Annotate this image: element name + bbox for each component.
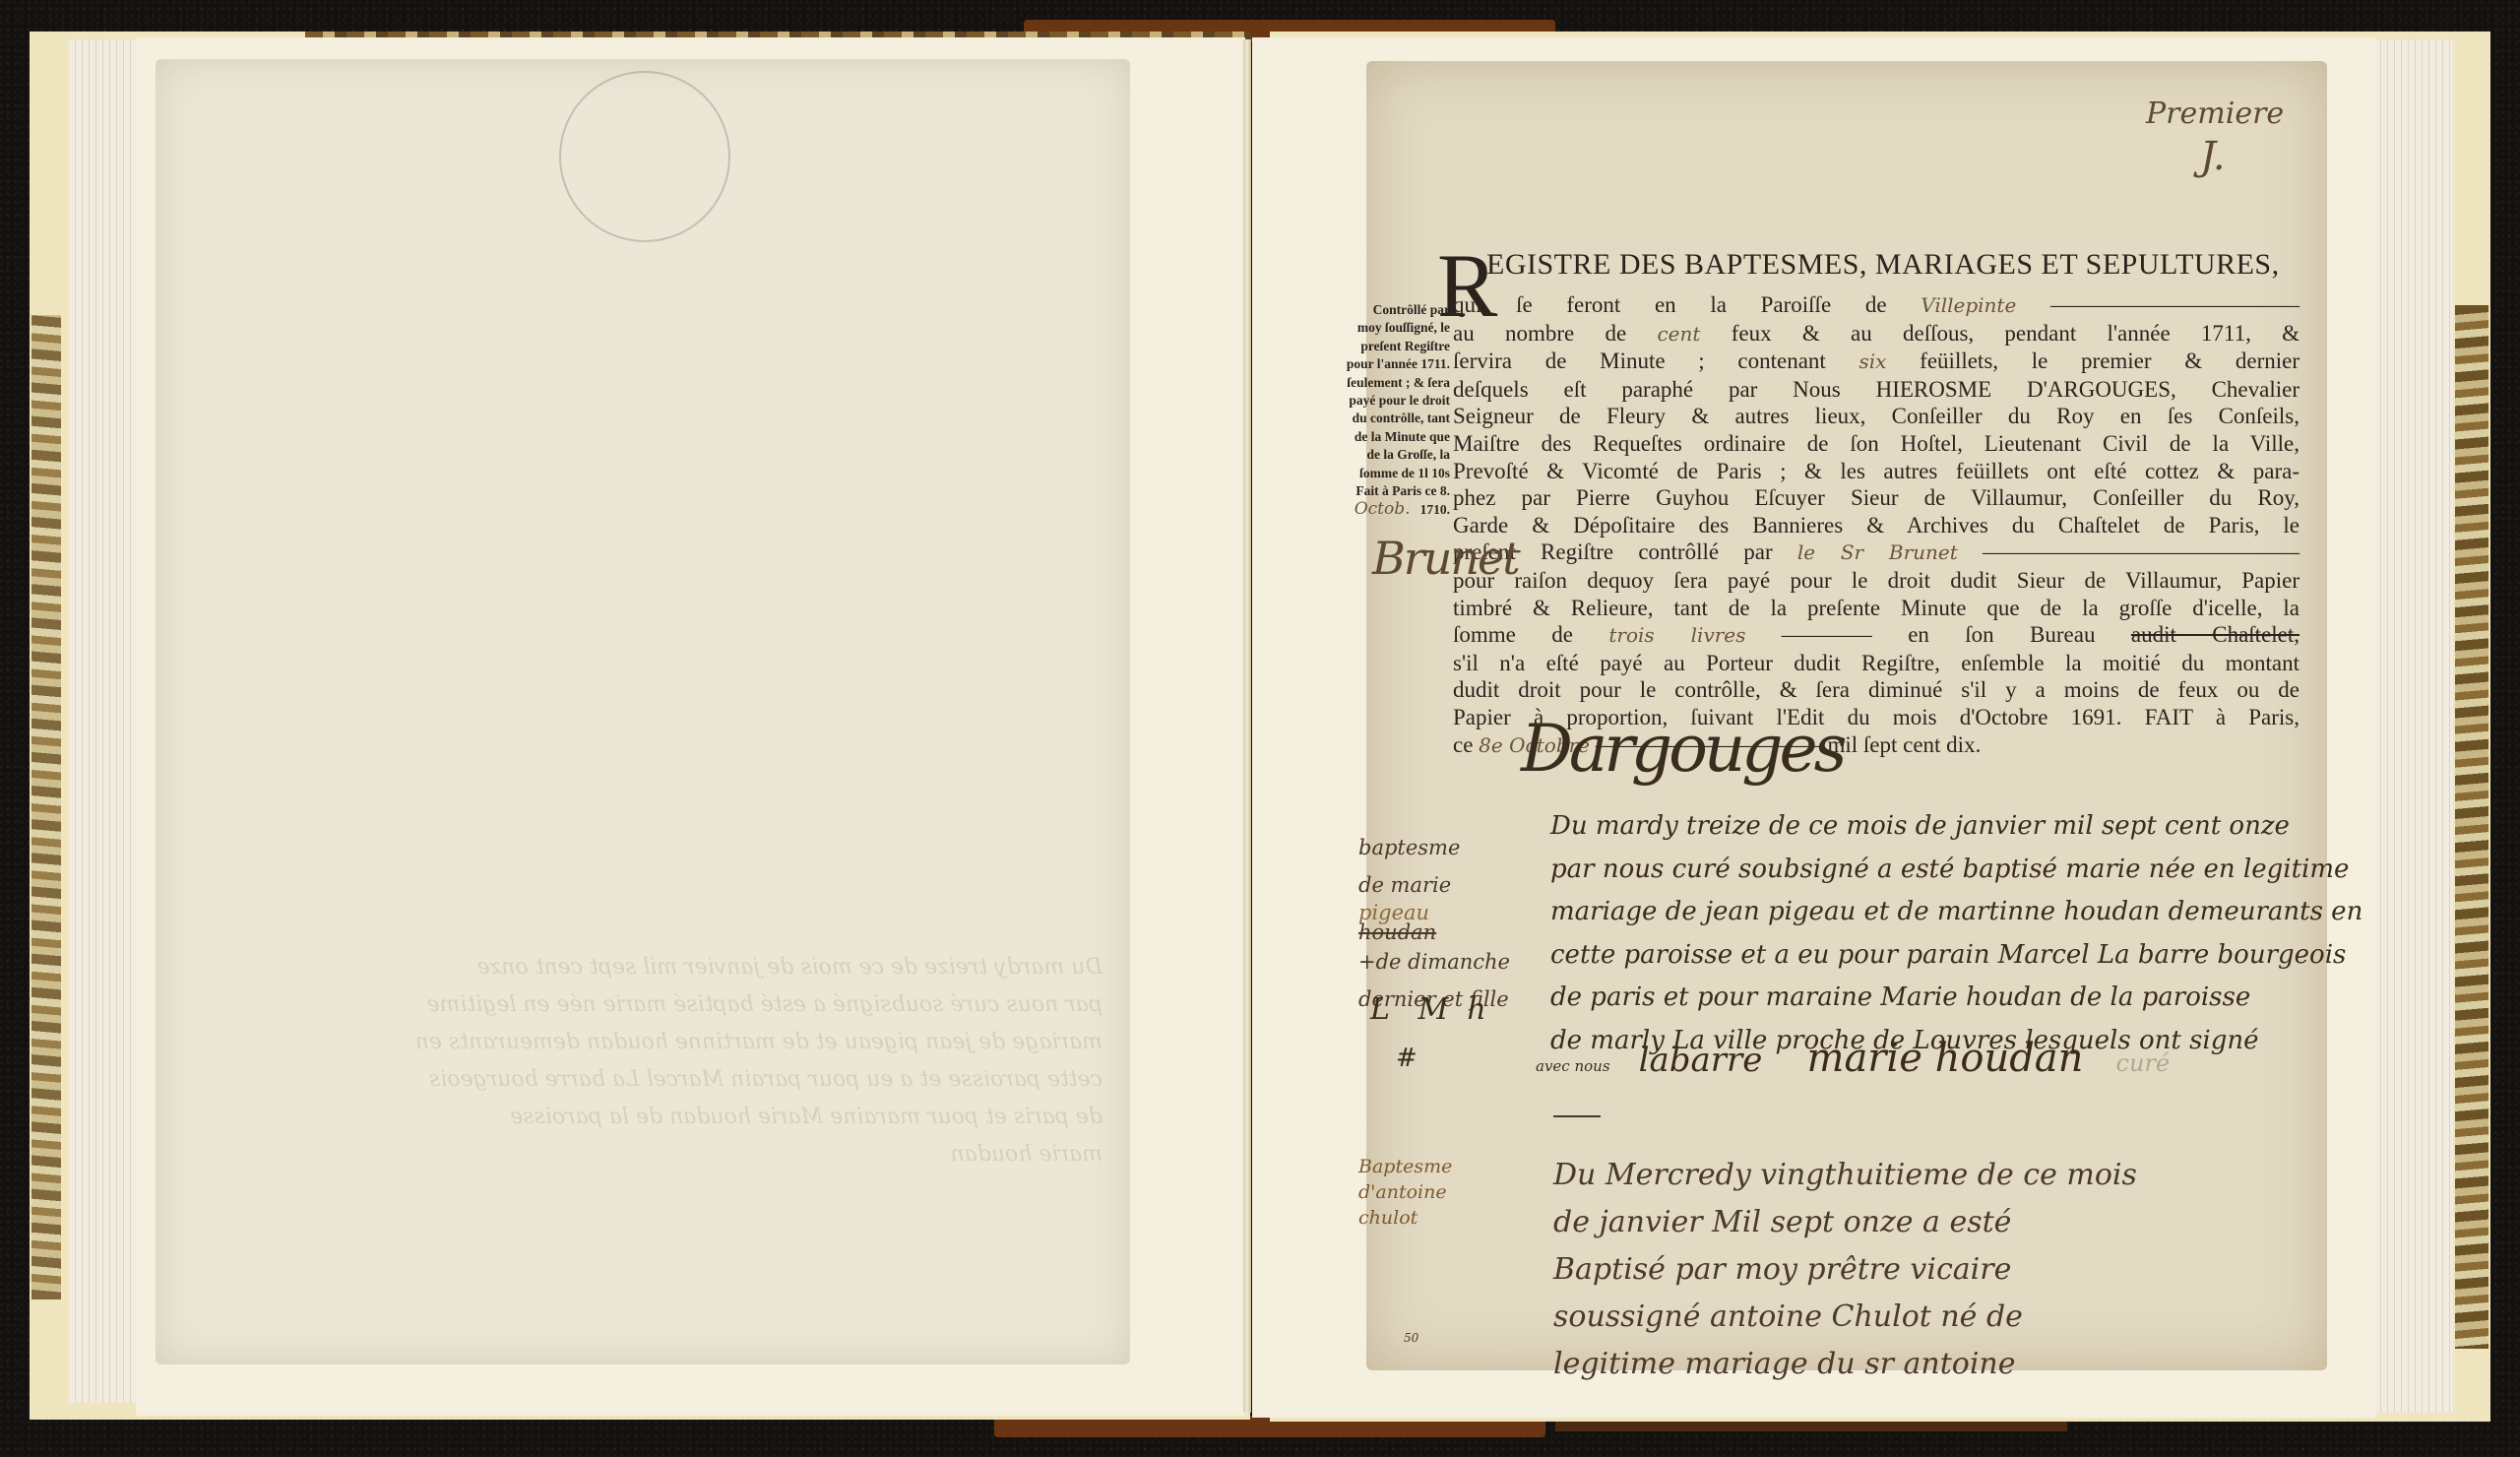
folio-annotation: Premiere: [2146, 96, 2284, 131]
struck-text: audit Chaſtelet,: [2131, 622, 2299, 647]
folio-number: J.: [2200, 134, 2226, 179]
margin-note-line: pour l'année 1711.: [1258, 355, 1450, 373]
margin-note-line: ſomme de 1l 10s: [1258, 465, 1450, 482]
margin-note-line: Fait à Paris ce 8.: [1258, 482, 1450, 500]
ghost-line: mariage de jean pigeau et de martinne ho…: [591, 1030, 1102, 1067]
margin-line: Baptesme: [1358, 1154, 1452, 1179]
ghost-line: marie houdan: [591, 1142, 1102, 1179]
form-line: au nombre de cent feux & au deſſous, pen…: [1453, 320, 2299, 348]
gutter: [1243, 39, 1251, 1413]
margin-note-line: ſeulement ; & ſera: [1258, 374, 1450, 392]
signature-labarre: labarre: [1639, 1041, 1763, 1080]
page-mark: 50: [1404, 1331, 1418, 1345]
mark: M: [1418, 992, 1449, 1027]
record-line: Baptisé par moy prêtre vicaire: [1553, 1246, 2137, 1294]
record-line: de paris et pour maraine Marie houdan de…: [1550, 977, 2362, 1020]
ghost-line: par nous curé soubsigné a esté baptisé m…: [591, 992, 1102, 1030]
printed-form-body: qui ſe feront en la Paroiſſe de Villepin…: [1453, 291, 2299, 759]
marbled-endpaper-left: [31, 315, 61, 1299]
form-line: ſomme de trois livres ———— en ſon Bureau…: [1453, 621, 2299, 650]
paraph-mark-icon: #: [1396, 1044, 1417, 1073]
margin-note-line: Octob. 1710.: [1258, 500, 1450, 519]
form-line: deſquels eſt paraphé par Nous HIEROSME D…: [1453, 376, 2299, 404]
form-line: preſent Regiſtre contrôllé par le Sr Bru…: [1453, 538, 2299, 567]
ghost-line: cette paroisse et a eu pour parain Marce…: [591, 1067, 1102, 1105]
entry1-margin-note: baptesme de marie pigeau houdan +de dima…: [1358, 829, 1510, 1018]
ghost-line: de paris et pour maraine Marie houdan de…: [591, 1105, 1102, 1142]
show-through-text: Du mardy treize de ce mois de janvier mi…: [591, 955, 1102, 1179]
form-line: dudit droit pour le contrôlle, & ſera di…: [1453, 676, 2299, 704]
margin-line: houdan: [1358, 921, 1510, 943]
signature-lead: avec nous: [1536, 1057, 1610, 1075]
margin-note-line: de la Minute que: [1258, 428, 1450, 446]
fore-edge-right: [2374, 39, 2453, 1413]
register-title: R EGISTRE DES BAPTESMES, MARIAGES ET SEP…: [1486, 248, 2280, 282]
margin-note-line: preſent Regiſtre: [1258, 338, 1450, 355]
form-line: Seigneur de Fleury & autres lieux, Conſe…: [1453, 403, 2299, 430]
record-line: par nous curé soubsigné a esté baptisé m…: [1550, 849, 2362, 892]
signature-faded: curé: [2116, 1049, 2171, 1077]
mark: h: [1467, 992, 1485, 1027]
controller-signature: Brunet: [1372, 532, 1519, 585]
form-line: timbré & Relieure, tant de la preſente M…: [1453, 595, 2299, 622]
margin-line: baptesme: [1358, 829, 1510, 866]
margin-line: +de dimanche: [1358, 943, 1510, 981]
signature-marks: L M h: [1370, 992, 1486, 1027]
record-line: soussigné antoine Chulot né de: [1553, 1294, 2137, 1341]
form-line: qui ſe feront en la Paroiſſe de Villepin…: [1453, 291, 2299, 320]
form-line: Prevoſté & Vicomté de Paris ; & les autr…: [1453, 458, 2299, 485]
control-margin-note: Contrôllé par moy ſouſſigné, le preſent …: [1258, 301, 1450, 520]
margin-note-line: du contrôlle, tant: [1258, 410, 1450, 427]
entry-separator: [1553, 1115, 1601, 1117]
form-line: pour raiſon dequoy ſera payé pour le dro…: [1453, 567, 2299, 595]
record-line: Du mardy treize de ce mois de janvier mi…: [1550, 805, 2362, 849]
margin-note-line: Contrôllé par: [1258, 301, 1450, 319]
mark: L: [1370, 992, 1390, 1027]
library-stamp: [559, 71, 730, 242]
record-line: cette paroisse et a eu pour parain Marce…: [1550, 934, 2362, 978]
record-line: Du Mercredy vingthuitieme de ce mois: [1553, 1152, 2137, 1199]
form-line: ſervira de Minute ; contenant six feüill…: [1453, 348, 2299, 376]
record-line: mariage de jean pigeau et de martinne ho…: [1550, 891, 2362, 934]
margin-note-line: de la Groſſe, la: [1258, 446, 1450, 464]
entry2-baptism-record: Du Mercredy vingthuitieme de ce mois de …: [1553, 1152, 2137, 1388]
margin-note-line: moy ſouſſigné, le: [1258, 319, 1450, 337]
margin-line: d'antoine: [1358, 1179, 1452, 1205]
margin-line: chulot: [1358, 1205, 1452, 1231]
form-line: Garde & Dépoſitaire des Bannieres & Arch…: [1453, 512, 2299, 539]
margin-line: pigeau: [1358, 904, 1510, 921]
entry1-signatures: avec nous labarre marie houdan curé: [1536, 1036, 2170, 1081]
marbled-endpaper-right: [2455, 305, 2488, 1349]
form-line: s'il n'a eſté payé au Porteur dudit Regi…: [1453, 650, 2299, 677]
margin-line: de marie: [1358, 866, 1510, 904]
margin-note-line: payé pour le droit: [1258, 392, 1450, 410]
title-text: EGISTRE DES BAPTESMES, MARIAGES ET SEPUL…: [1486, 248, 2280, 281]
fore-edge-left: [69, 39, 138, 1403]
ghost-line: Du mardy treize de ce mois de janvier mi…: [591, 955, 1102, 992]
signature-marie-houdan: marie houdan: [1807, 1036, 2084, 1081]
official-signature: Dargouges: [1521, 711, 1843, 787]
entry2-margin-note: Baptesme d'antoine chulot: [1358, 1154, 1452, 1231]
form-line: phez par Pierre Guyhou Eſcuyer Sieur de …: [1453, 484, 2299, 512]
form-line: Maiſtre des Requeſtes ordinaire de ſon H…: [1453, 430, 2299, 458]
entry1-baptism-record: Du mardy treize de ce mois de janvier mi…: [1550, 805, 2362, 1062]
record-line: legitime mariage du sr antoine: [1553, 1341, 2137, 1388]
record-line: de janvier Mil sept onze a esté: [1553, 1199, 2137, 1246]
